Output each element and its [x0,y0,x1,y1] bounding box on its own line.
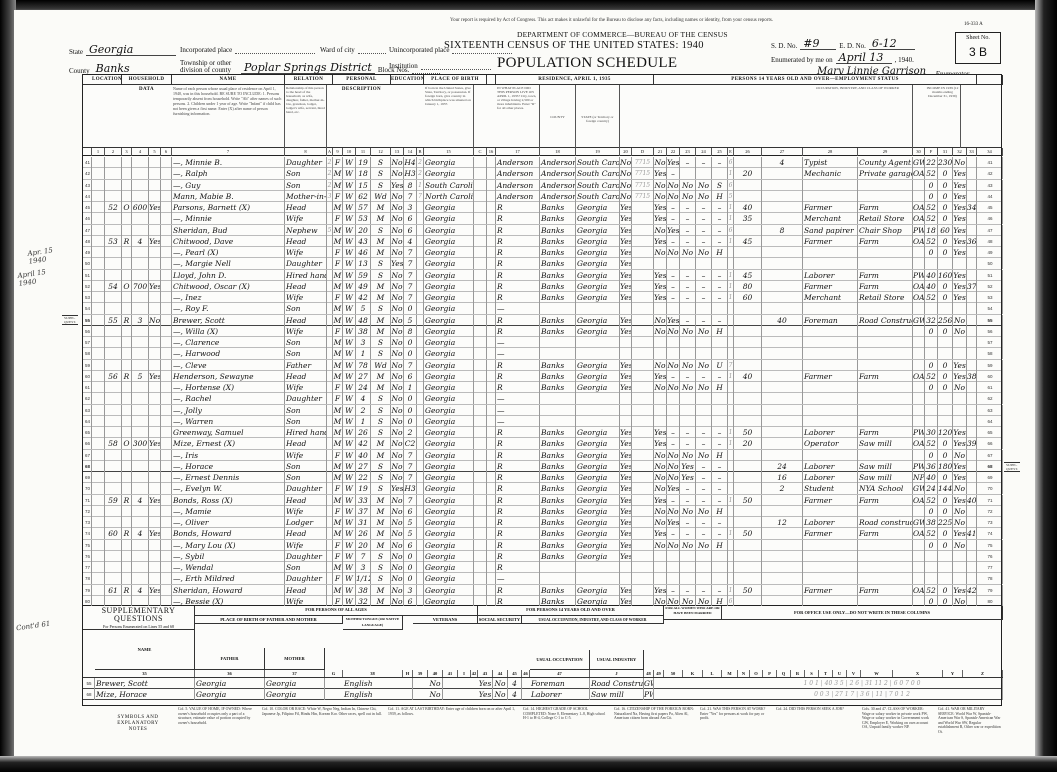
cell-c26: 80 [734,281,762,292]
cell-cit [487,506,496,517]
cell-street [92,517,105,528]
cell-birth: Georgia [424,337,474,348]
cell-c31: 52 [925,371,938,382]
cell-c32 [938,258,953,269]
supp-column-number: Q [777,670,791,678]
cell-own: 4 [132,495,149,506]
cell-cow [913,303,925,314]
cell-res-city: — [496,573,540,584]
column-number: 29 [858,148,913,156]
column-header-cell [913,85,925,148]
cell-ms: M [371,236,391,247]
cell-rel: Hired hand [285,270,327,281]
cell-farm [149,562,161,573]
cell-name: Henderson, Sewayne [172,371,285,382]
cell-c27: 40 [762,315,803,326]
cell-b [417,258,424,269]
cell-c22: Yes [667,483,680,494]
cell-occ: Foreman [803,315,858,326]
supplementary-title-box: SUPPLEMENTARY QUESTIONS For Persons Enum… [83,606,195,630]
cell-own: 700 [132,281,149,292]
cell-hh [122,258,132,269]
cell-sex: M [333,337,343,348]
cell-c33: Yes [953,461,967,472]
cell-c27 [762,573,803,584]
cell-cit [487,292,496,303]
cell-rel: Daughter [285,551,327,562]
cell-hh [122,168,132,179]
cell-farm35: Yes [620,528,632,539]
cell-c24: No [696,326,712,337]
cell-ms: S [371,461,391,472]
cell-c26 [734,551,762,562]
cell-c21: Yes [654,202,667,213]
cell-c34 [967,180,977,191]
ward-label: Ward of city [320,46,355,54]
supp-column-number: J [590,670,644,678]
cell-c26: 35 [734,213,762,224]
cell-c21 [654,337,667,348]
cell-ms: M [371,281,391,292]
column-number: 31 [938,148,953,156]
cell-school: No [391,427,404,438]
cell-street [92,180,105,191]
cell-res-county [540,573,576,584]
cell-rel: Son [285,303,327,314]
cell-b [417,270,424,281]
cell-house: 53 [105,236,122,247]
cell-race: W [343,427,356,438]
cell-c34 [967,258,977,269]
cell-c [474,247,487,258]
cell-c23 [680,303,696,314]
cell-c33: Yes [953,472,967,483]
table-row: 49—, Pearl (X)WifeFW46MNo7GeorgiaRBanksG… [83,247,1001,258]
cell-c32: 144 [938,483,953,494]
table-row: 57—, ClarenceSonMW3SNo0Georgia—57 [83,337,1001,348]
cell-res-state [576,348,620,359]
cell-ms: S [371,405,391,416]
cell-farm35: Yes [620,281,632,292]
cell-school: No [391,326,404,337]
column-header-cell [132,85,149,148]
cell-ms: S [371,483,391,494]
cell-c31: 0 [925,180,938,191]
column-header-cell [654,85,667,148]
cell-hh [122,461,132,472]
cell-hh [122,225,132,236]
cell-hh: O [122,438,132,449]
census-title: SIXTEENTH CENSUS OF THE UNITED STATES: 1… [444,40,704,51]
cell-street [92,371,105,382]
cell-street [92,303,105,314]
cell-hh [122,393,132,404]
cell-own [132,348,149,359]
cell-occ: Farmer [803,495,858,506]
supp-column-number: 39 [413,670,428,678]
table-row: 75—, Mary Lou (X)WifeFW20MNo6GeorgiaRBan… [83,540,1001,551]
cell-value [161,517,172,528]
cell-b [417,528,424,539]
column-number: 18 [540,148,576,156]
column-number: 21 [654,148,667,156]
cell-birth: Georgia [424,371,474,382]
cell-occ: Merchant [803,213,858,224]
cell-occ: Laborer [803,270,858,281]
cell-c24: – [696,472,712,483]
cell-c32: 0 [938,528,953,539]
cell-value [161,405,172,416]
supp-column-number: 38 [343,670,403,678]
cell-c21: Yes [654,438,667,449]
cell-own [132,562,149,573]
cell-cow: OA [913,168,925,179]
cell-grade: 5 [404,315,417,326]
cell-c24: – [696,270,712,281]
cell-line2: 42 [977,168,1003,179]
supp-column-number: I [458,670,471,678]
cell-c22: – [667,438,680,449]
cell-ms: S [371,472,391,483]
supp-column-number: U [833,670,847,678]
cell-race: W [343,157,356,168]
cell-res-city: R [496,551,540,562]
cell-occ [803,382,858,393]
cell-c34 [967,348,977,359]
cell-c27: 4 [762,157,803,168]
cell-res-city: R [496,258,540,269]
cell-res-county: Banks [540,202,576,213]
explanatory-notes: SYMBOLS AND EXPLANATORY NOTES Col. 5. VA… [82,707,1002,749]
cell-ms: M [371,438,391,449]
cell-house [105,303,122,314]
cell-house [105,472,122,483]
cell-house [105,416,122,427]
column-header-cell [149,85,161,148]
cell-c27 [762,213,803,224]
cell-school: No [391,213,404,224]
column-group-3: RELATION [285,75,333,85]
cell-line2: 50 [977,258,1003,269]
cell-occ: Laborer [803,517,858,528]
cell-d [632,315,654,326]
cell-cow: GW [913,315,925,326]
cell-c24 [696,416,712,427]
cell-ms: S [371,337,391,348]
cell-race: W [343,540,356,551]
cell-c33 [953,258,967,269]
cell-d [632,416,654,427]
cell-c34 [967,270,977,281]
supp-column-number: T [819,670,833,678]
cell-c [474,157,487,168]
cell-c21: No [654,382,667,393]
table-row: 42—, RalphSon2MW18SNoH32GeorgiaAndersonA… [83,168,1001,179]
cell-rel: Head [285,495,327,506]
supp-cell-occ: Foreman [530,678,590,689]
cell-occ: Farmer [803,236,858,247]
cell-c31: 0 [925,247,938,258]
cell-line: 69 [83,472,92,483]
cell-c33: Yes [953,202,967,213]
cell-res-city: R [496,225,540,236]
cell-ind: Farm [858,427,913,438]
cell-c27 [762,585,803,596]
cell-farm [149,382,161,393]
cell-age: 33 [356,495,371,506]
cell-ind: Road Construction [858,315,913,326]
cell-street [92,326,105,337]
cell-c31: 0 [925,191,938,202]
cell-c24: No [696,382,712,393]
cell-res-city: Anderson [496,191,540,202]
margin-note-continued: Cont'd 61 [16,620,51,633]
cell-c25: – [712,315,728,326]
cell-line2: 71 [977,495,1003,506]
supp-column-number: 49 [654,670,664,678]
cell-c33 [953,393,967,404]
cell-c23 [680,348,696,359]
cell-ms: S [371,180,391,191]
column-number: 17 [496,148,540,156]
cell-sex: M [333,348,343,359]
cell-farm [149,326,161,337]
cell-race: W [343,528,356,539]
cell-c24: – [696,213,712,224]
cell-occ: Merchant [803,292,858,303]
cell-cow: OA [913,371,925,382]
cell-c34 [967,405,977,416]
cell-c23: – [680,270,696,281]
supp-column-number: 48 [644,670,654,678]
cell-d: 7715 [632,191,654,202]
cell-d [632,461,654,472]
cell-cit [487,360,496,371]
supp-column-number: 37 [265,670,325,678]
cell-c26 [734,405,762,416]
cell-c34 [967,303,977,314]
cell-hh [122,213,132,224]
cell-name: Brewer, Scott [172,315,285,326]
cell-c26 [734,337,762,348]
cell-rel: Lodger [285,517,327,528]
cell-c21: Yes [654,528,667,539]
supp-cell-ss-ded: No [493,678,508,689]
column-descriptions: Name of each person whose usual place of… [83,85,1001,148]
cell-cow: OA [913,495,925,506]
cell-res-county: Banks [540,292,576,303]
cell-b [417,281,424,292]
cell-grade: 7 [404,270,417,281]
cell-d [632,303,654,314]
supp-column-number: V [847,670,861,678]
table-row: 61—, Hortense (X)WifeFW24MNo1GeorgiaRBan… [83,382,1001,393]
table-row: 50—, Margie NellDaughterFW13SYes7Georgia… [83,258,1001,269]
cell-farm [149,303,161,314]
cell-c33: Yes [953,225,967,236]
cell-line: 41 [83,157,92,168]
cell-line: 48 [83,236,92,247]
column-header-cell [391,85,404,148]
cell-race: W [343,303,356,314]
cell-c22: – [667,281,680,292]
cell-c22 [667,562,680,573]
cell-cow: PW [913,270,925,281]
supp-column-number: 50 [664,670,683,678]
cell-c22: No [667,191,680,202]
income-column-description: INCOME IN 1939 (12 months ending Decembe… [925,85,961,148]
cell-occ [803,337,858,348]
cell-c25 [712,551,728,562]
cell-cow: NP [913,472,925,483]
cell-c34 [967,157,977,168]
cell-house [105,450,122,461]
cell-name: —, Mamie [172,506,285,517]
cell-c25: – [712,495,728,506]
cell-c24: – [696,483,712,494]
cell-b [417,427,424,438]
cell-birth: Georgia [424,427,474,438]
supp-column-number: M [722,670,738,678]
cell-age: 22 [356,472,371,483]
cell-res-county: Banks [540,360,576,371]
cell-c26 [734,450,762,461]
cell-farm35: Yes [620,236,632,247]
institution-label: Institution [389,62,418,70]
cell-c [474,360,487,371]
cell-name: —, Oliver [172,517,285,528]
cell-d [632,258,654,269]
supp-cell-veteran: No [428,689,443,700]
cell-c22: – [667,495,680,506]
cell-c [474,326,487,337]
cell-farm: Yes [149,202,161,213]
birthplace-column-description: If born in the United States, give State… [424,85,474,148]
table-row: 68—, HoraceSonMW27SNo7GeorgiaRBanksGeorg… [83,461,1001,472]
cell-name: Sheridan, Howard [172,585,285,596]
cell-cit [487,202,496,213]
name-column-description: Name of each person whose usual place of… [172,85,285,148]
cell-c34 [967,551,977,562]
cell-hh [122,472,132,483]
cell-c26: 40 [734,371,762,382]
cell-house [105,427,122,438]
cell-res-county [540,393,576,404]
cell-cow [913,450,925,461]
cell-c [474,438,487,449]
cell-line2: 58 [977,348,1003,359]
cell-c24: No [696,180,712,191]
cell-rel: Daughter [285,573,327,584]
cell-rel: Wife [285,506,327,517]
cell-c [474,281,487,292]
supp-column-number: L [703,670,722,678]
cell-res-city: R [496,281,540,292]
cell-birth: Georgia [424,585,474,596]
cell-rel: Head [285,528,327,539]
cell-line: 74 [83,528,92,539]
cell-res-county: Banks [540,506,576,517]
cell-own: 5 [132,371,149,382]
cell-c31: 40 [925,270,938,281]
cell-line2: 79 [977,585,1003,596]
cell-c26: 50 [734,495,762,506]
cell-school: No [391,405,404,416]
cell-rel: Son [285,405,327,416]
cell-own [132,573,149,584]
cell-c22 [667,405,680,416]
cell-c27: 24 [762,461,803,472]
supp-column-number: 40 [428,670,443,678]
cell-ind: Farm [858,281,913,292]
cell-c33: No [953,506,967,517]
sub-usual-occupation: USUAL OCCUPATION, INDUSTRY, AND CLASS OF… [522,616,664,624]
cell-cit [487,551,496,562]
cell-race: W [343,191,356,202]
cell-c23: – [680,517,696,528]
cell-c26: 40 [734,202,762,213]
cell-rel: Son [285,168,327,179]
cell-farm [149,416,161,427]
cell-farm35: Yes [620,551,632,562]
cell-c34: 37 [967,281,977,292]
cell-street [92,157,105,168]
cell-school: No [391,225,404,236]
table-row: 76—, SybilDaughterFW7SNo0GeorgiaRBanksGe… [83,551,1001,562]
cell-value [161,483,172,494]
cell-value [161,461,172,472]
cell-street [92,337,105,348]
supp-cell-ss-no: Yes [478,678,493,689]
cell-cit [487,157,496,168]
cell-sex: M [333,236,343,247]
cell-res-county: Banks [540,427,576,438]
cell-sex: M [333,270,343,281]
cell-birth: Georgia [424,438,474,449]
cell-school: No [391,528,404,539]
cell-occ [803,258,858,269]
cell-c [474,551,487,562]
column-group-4: PERSONAL DESCRIPTION [333,75,391,85]
cell-farm [149,225,161,236]
cell-ind [858,551,913,562]
cell-own [132,168,149,179]
cell-line: 66 [83,438,92,449]
cell-ind [858,337,913,348]
cell-ms: M [371,495,391,506]
cell-c25: – [712,483,728,494]
cell-c21: No [654,180,667,191]
cell-c26 [734,562,762,573]
table-row: 46—, MinnieWifeFW53MNo6GeorgiaRBanksGeor… [83,213,1001,224]
table-row: 4552O600YesParsons, Barnett (X)HeadMW57M… [83,202,1001,213]
cell-cit [487,438,496,449]
cell-cit [487,562,496,573]
cell-grade: 0 [404,562,417,573]
cell-cit [487,573,496,584]
cell-c33 [953,303,967,314]
cell-cow [913,348,925,359]
cell-c25: – [712,225,728,236]
cell-b [417,438,424,449]
cell-farm35 [620,573,632,584]
cell-c25 [712,405,728,416]
cell-c25: – [712,281,728,292]
cell-ms: S [371,303,391,314]
cell-c22: No [667,326,680,337]
cell-ind [858,360,913,371]
cell-c27 [762,247,803,258]
